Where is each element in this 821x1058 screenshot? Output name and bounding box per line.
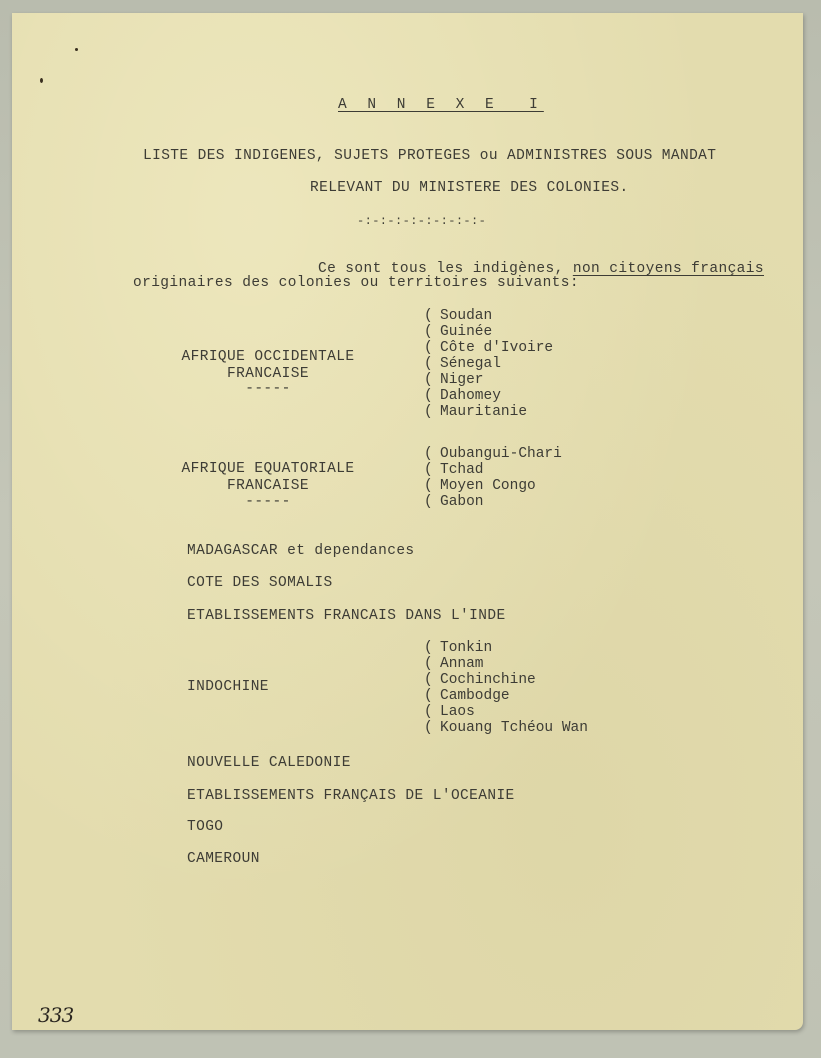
underlined-phrase: non citoyens français	[573, 261, 764, 277]
territory-name: Kouang Tchéou Wan	[440, 720, 588, 736]
entry-oceanie: ETABLISSEMENTS FRANÇAIS DE L'OCEANIE	[187, 788, 515, 804]
bracket-mark: (	[424, 356, 440, 372]
list-item: (Oubangui-Chari	[424, 446, 562, 462]
list-item: (Soudan	[424, 308, 553, 324]
list-item: (Annam	[424, 656, 588, 672]
document-page	[12, 13, 803, 1030]
group-rule: -----	[168, 494, 368, 510]
paper-speck	[40, 78, 43, 83]
list-item: (Tchad	[424, 462, 562, 478]
entry-cote-des-somalis: COTE DES SOMALIS	[187, 575, 333, 591]
group-name-aef-line2: FRANCAISE	[168, 478, 368, 494]
group-name-aof-line2: FRANCAISE	[168, 366, 368, 382]
territory-name: Annam	[440, 656, 484, 672]
list-item: (Moyen Congo	[424, 478, 562, 494]
territory-name: Sénegal	[440, 356, 501, 372]
list-item: (Laos	[424, 704, 588, 720]
territory-name: Oubangui-Chari	[440, 446, 562, 462]
entry-togo: TOGO	[187, 819, 223, 835]
aef-territory-list: (Oubangui-Chari(Tchad(Moyen Congo(Gabon	[424, 446, 562, 510]
group-name-aof-line1: AFRIQUE OCCIDENTALE	[168, 349, 368, 365]
list-item: (Cambodge	[424, 688, 588, 704]
bracket-mark: (	[424, 462, 440, 478]
bracket-mark: (	[424, 446, 440, 462]
list-item: (Cochinchine	[424, 672, 588, 688]
entry-cameroun: CAMEROUN	[187, 851, 260, 867]
bracket-mark: (	[424, 720, 440, 736]
territory-name: Laos	[440, 704, 475, 720]
bracket-mark: (	[424, 308, 440, 324]
bracket-mark: (	[424, 704, 440, 720]
bracket-mark: (	[424, 372, 440, 388]
list-item: (Gabon	[424, 494, 562, 510]
bracket-mark: (	[424, 388, 440, 404]
entry-madagascar: MADAGASCAR et dependances	[187, 543, 415, 559]
territory-name: Tonkin	[440, 640, 492, 656]
territory-name: Cambodge	[440, 688, 510, 704]
bracket-mark: (	[424, 688, 440, 704]
territory-name: Soudan	[440, 308, 492, 324]
territory-name: Gabon	[440, 494, 484, 510]
entry-inde: ETABLISSEMENTS FRANCAIS DANS L'INDE	[187, 608, 506, 624]
territory-name: Mauritanie	[440, 404, 527, 420]
aof-territory-list: (Soudan(Guinée(Côte d'Ivoire(Sénegal(Nig…	[424, 308, 553, 420]
list-item: (Sénegal	[424, 356, 553, 372]
annex-title: A N N E X E I	[338, 97, 544, 113]
bracket-mark: (	[424, 494, 440, 510]
bracket-mark: (	[424, 478, 440, 494]
bracket-mark: (	[424, 672, 440, 688]
list-item: (Côte d'Ivoire	[424, 340, 553, 356]
handwritten-page-number: 333	[38, 1003, 73, 1027]
bracket-mark: (	[424, 324, 440, 340]
heading-line-1: LISTE DES INDIGENES, SUJETS PROTEGES ou …	[143, 148, 716, 164]
list-item: (Niger	[424, 372, 553, 388]
territory-name: Tchad	[440, 462, 484, 478]
list-item: (Guinée	[424, 324, 553, 340]
bracket-mark: (	[424, 640, 440, 656]
territory-name: Niger	[440, 372, 484, 388]
group-name-aef-line1: AFRIQUE EQUATORIALE	[168, 461, 368, 477]
territory-name: Cochinchine	[440, 672, 536, 688]
separator: -:-:-:-:-:-:-:-:-	[357, 213, 486, 229]
territory-name: Côte d'Ivoire	[440, 340, 553, 356]
territory-name: Moyen Congo	[440, 478, 536, 494]
list-item: (Tonkin	[424, 640, 588, 656]
entry-nouvelle-caledonie: NOUVELLE CALEDONIE	[187, 755, 351, 771]
heading-line-2: RELEVANT DU MINISTERE DES COLONIES.	[310, 180, 629, 196]
intro-line-2: originaires des colonies ou territoires …	[133, 275, 579, 291]
bracket-mark: (	[424, 404, 440, 420]
group-rule: -----	[168, 381, 368, 397]
territory-name: Guinée	[440, 324, 492, 340]
group-name-indochine: INDOCHINE	[187, 679, 269, 695]
list-item: (Kouang Tchéou Wan	[424, 720, 588, 736]
list-item: (Mauritanie	[424, 404, 553, 420]
bracket-mark: (	[424, 340, 440, 356]
indochine-territory-list: (Tonkin(Annam(Cochinchine(Cambodge(Laos(…	[424, 640, 588, 736]
bracket-mark: (	[424, 656, 440, 672]
paper-speck	[75, 48, 78, 51]
list-item: (Dahomey	[424, 388, 553, 404]
territory-name: Dahomey	[440, 388, 501, 404]
